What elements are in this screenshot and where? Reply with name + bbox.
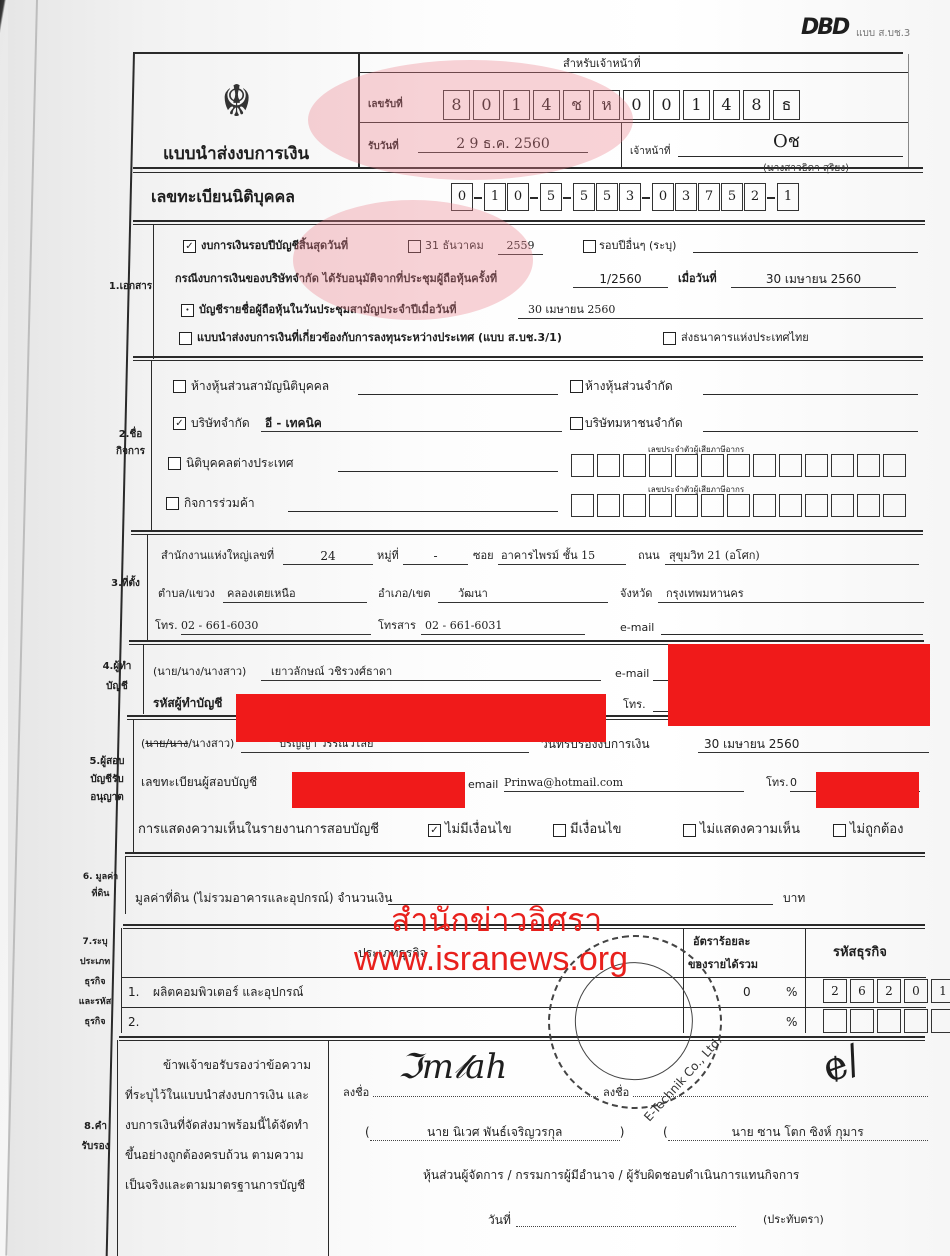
opinion-checkbox[interactable]: ✓ [428,824,441,837]
section7-label-line: ธุรกิจ [71,972,119,992]
dbd-logo: DBD [801,20,848,36]
tel: 02 - 661-6030 [181,618,371,635]
signer-role: หุ้นส่วนผู้จัดการ / กรรมการผู้มีอำนาจ / … [423,1167,799,1183]
document-page: DBD แบบ ส.บช.3 ☬ แบบนำส่งงบการเงิน สำหรั… [8,0,950,1256]
tax-id-digit-box[interactable] [597,494,620,517]
cert-date: 30 เมษายน 2560 [698,736,929,753]
watermark-line1: สำนักข่าวอิศรา [391,895,602,946]
tax-id-digit-box[interactable] [805,454,828,477]
business-code-box[interactable]: 6 [850,979,874,1003]
district-label: อำเภอ/เขต [378,586,431,602]
redaction-accountant-code [236,694,606,742]
col-pct-header-1: อัตราร้อยละ [693,934,750,950]
tax-id-digit-box[interactable] [779,454,802,477]
tax-id-digit-box[interactable] [675,494,698,517]
date-label: วันที่ [488,1212,511,1228]
company-limited-checkbox[interactable]: ✓ [173,417,186,430]
signer1-paren: (นาย นิเวศ พันธ์เจริญวรกุล) [365,1124,624,1141]
intl-checkbox[interactable] [179,332,192,345]
officer-label: เจ้าหน้าที่ [630,144,671,160]
foreign-entity-checkbox[interactable] [168,457,181,470]
hq-no-label: สำนักงานแห่งใหญ่เลขที่ [161,548,274,564]
registration-digit-box: 0 [507,183,529,211]
public-company-label: บริษัทมหาชนจำกัด [585,415,683,431]
sign-label-1: ลงชื่อ [343,1085,369,1101]
section4-label-2: บัญชี [93,677,141,697]
joint-venture-label: กิจการร่วมค้า [184,495,255,511]
cpa-no-label: เลขทะเบียนผู้สอบบัญชี [141,774,257,790]
section7-label-line: และรหัส [71,992,119,1012]
section8-label-2: รับรอง [73,1137,118,1157]
statement-line: ที่ระบุไว้ในแบบนำส่งงบการเงิน และ [125,1087,309,1103]
road-label: ถนน [638,548,660,564]
officer-name: (นางสาวธิดา สุริยง) [763,161,849,177]
page-edge [5,0,38,1256]
opinion-label-item: มีเงื่อนไข [570,822,621,838]
tax-id-digit-box[interactable] [727,454,750,477]
tax-id-digit-box[interactable] [883,454,906,477]
bot-label: ส่งธนาคารแห่งประเทศไทย [681,330,809,346]
tax-id-digit-box[interactable] [649,494,672,517]
registration-digit-box: 1 [484,183,506,211]
ordinary-partnership-checkbox[interactable] [173,380,186,393]
business-code-box[interactable] [877,1009,901,1033]
accountant-email-label: e-mail [615,666,649,682]
tax-id-digit-box[interactable] [805,494,828,517]
auditor-title: (นาย/นาง/นางสาว) [141,736,234,752]
opinion-checkbox[interactable] [553,824,566,837]
subdistrict: คลองเตยเหนือ [223,586,367,603]
business-code-box[interactable] [904,1009,928,1033]
form-code: แบบ ส.บช.3 [856,26,910,42]
section5-label-1: 5.ผู้สอบ [83,752,131,772]
approval-meeting-no: 1/2560 [573,271,668,288]
officer-signature: Oช [773,134,800,150]
row-percent-sign: % [786,1014,797,1030]
signature-1: ℑm𝓁ah [398,1047,507,1087]
land-value-text: มูลค่าที่ดิน (ไม่รวมอาคารและอุปกรณ์) จำน… [135,890,392,906]
tax-id-digit-box[interactable] [857,454,880,477]
auditor-email: Prinwa@hotmail.com [504,775,744,792]
tax-id-digit-box[interactable] [701,494,724,517]
opinion-label-item: ไม่แสดงความเห็น [700,822,800,838]
registration-label: เลขทะเบียนนิติบุคคล [151,187,295,207]
tax-id-digit-box[interactable] [597,454,620,477]
joint-venture-checkbox[interactable] [166,497,179,510]
redaction-cpa-no [292,772,465,808]
public-company-checkbox[interactable] [570,417,583,430]
row-number: 1. [128,984,139,1000]
province-label: จังหวัด [620,586,652,602]
registration-digit-box: 3 [675,183,697,211]
section1-label: 1.เอกสาร [108,277,153,297]
tax-id-digit-box[interactable] [883,494,906,517]
subdistrict-label: ตำบล/แขวง [158,586,215,602]
accountant-name: เยาวลักษณ์ วชิรวงศ์ธาดา [261,664,601,681]
business-code-box[interactable]: 2 [877,979,901,1003]
registration-digit-box: 5 [540,183,562,211]
fs-checkbox[interactable]: ✓ [183,240,196,253]
district: วัฒนา [438,586,608,603]
tax-id-digit-box[interactable] [857,494,880,517]
soi: อาคารไพรม์ ชั้น 15 [498,548,626,565]
registration-digit-box: 1 [777,183,799,211]
ordinary-partnership-label: ห้างหุ้นส่วนสามัญนิติบุคคล [191,378,329,394]
tax-id-digit-box[interactable] [571,454,594,477]
date-field[interactable] [516,1212,736,1227]
moo: - [403,548,468,565]
garuda-emblem-icon: ☬ [221,77,252,127]
company-limited-label: บริษัทจำกัด [191,415,250,431]
fax-label: โทรสาร [378,618,416,634]
company-name: อี - เทคนิค [261,415,562,432]
section4-label-1: 4.ผู้ทำ [93,657,141,677]
business-code-box[interactable] [823,1009,847,1033]
hq-no: 24 [283,548,373,565]
tax-id-digit-box[interactable] [675,454,698,477]
tax-id-digit-box[interactable] [649,454,672,477]
seal-label: (ประทับตรา) [763,1212,824,1228]
shareholder-list-date: 30 เมษายน 2560 [518,302,923,319]
opinion-label-item: ไม่มีเงื่อนไข [445,822,512,838]
receipt-digit-box: 0 [653,90,680,120]
accountant-tel-label: โทร. [623,697,646,713]
tax-id-digit-box[interactable] [571,494,594,517]
opinion-checkbox[interactable] [683,824,696,837]
statement-line: ขึ้นอย่างถูกต้องครบถ้วน ตามความ [125,1147,304,1163]
business-code-box[interactable]: 2 [823,979,847,1003]
tax-id-digit-box[interactable] [779,494,802,517]
business-code-box[interactable] [931,1009,950,1033]
bot-checkbox[interactable] [663,332,676,345]
limited-partnership-checkbox[interactable] [570,380,583,393]
signer1-name: นาย นิเวศ พันธ์เจริญวรกุล [370,1124,620,1141]
statement-line: ข้าพเจ้าขอรับรองว่าข้อความ [163,1057,311,1073]
opinion-label-item: ไม่ถูกต้อง [850,822,903,838]
section7-label-line: ประเภท [71,952,119,972]
tax-id-digit-box[interactable] [727,494,750,517]
col-code-header: รหัสธุรกิจ [833,945,887,961]
auditor-tel-label: โทร. [766,775,789,791]
tel-label: โทร. [155,618,178,634]
registration-digit-box: 5 [721,183,743,211]
redaction-accountant-contact [668,644,930,726]
other-period-label: รอบปีอื่นๆ (ระบุ) [599,238,676,254]
auditor-title-struck: นาย/นาง [145,737,188,750]
statement-line: เป็นจริงและตามมาตรฐานการบัญชี [125,1177,305,1193]
opinion-checkbox[interactable] [833,824,846,837]
shareholder-list-checkbox[interactable]: • [181,304,194,317]
approval-date: 30 เมษายน 2560 [731,271,896,288]
row-percent: 0 [743,984,751,1000]
tax-id-digit-box[interactable] [831,454,854,477]
business-code-box[interactable]: 1 [931,979,950,1003]
row-percent-sign: % [786,984,797,1000]
section5-label-2: บัญชีรับ [83,770,131,790]
intl-label: แบบนำส่งงบการเงินที่เกี่ยวข้องกับการลงทุ… [197,330,562,346]
accountant-code-label: รหัสผู้ทำบัญชี [153,695,222,711]
watermark-line2: www.isranews.org [354,940,628,979]
land-value-unit: บาท [783,890,805,906]
tax-id-digit-box[interactable] [753,494,776,517]
row-business-type: ผลิตคอมพิวเตอร์ และอุปกรณ์ [153,984,304,1000]
section2-label-2: กิจการ [108,442,153,462]
opinion-label: การแสดงความเห็นในรายงานการสอบบัญชี [138,822,379,838]
receipt-digit-box: ธ [773,90,800,120]
section6-label-2: ที่ดิน [78,884,123,904]
accountant-title-label: (นาย/นาง/นางสาว) [153,664,246,680]
redaction-auditor-tel [816,772,919,808]
officer-section-title: สำหรับเจ้าหน้าที่ [563,56,641,72]
approval-date-label: เมื่อวันที่ [678,271,717,287]
highlight-receipt [308,60,633,180]
registration-digit-box: 0 [652,183,674,211]
moo-label: หมู่ที่ [377,548,399,564]
form-title: แบบนำส่งงบการเงิน [163,144,309,164]
registration-digit-box: 5 [573,183,595,211]
auditor-title-kept: /นางสาว) [188,737,234,750]
section7-label-line: 7.ระบุ [71,932,119,952]
receipt-digit-box: 4 [713,90,740,120]
email-label: e-mail [620,620,654,636]
tax-id-digit-box[interactable] [623,454,646,477]
registration-digit-box: 7 [698,183,720,211]
statement-line: งบการเงินที่จัดส่งมาพร้อมนี้ได้จัดทำ [125,1117,309,1133]
auditor-email-label: email [468,777,498,793]
tax-id-digit-box[interactable] [623,494,646,517]
foreign-entity-label: นิติบุคคลต่างประเทศ [186,455,294,471]
tax-id-digit-box[interactable] [831,494,854,517]
signer2-name: นาย ซาน โตก ซิงห์ กุมาร [668,1124,928,1141]
business-code-box[interactable]: 0 [904,979,928,1003]
soi-label: ซอย [473,548,494,564]
section5-label-3: อนุญาต [83,788,131,808]
other-period-checkbox[interactable] [583,240,596,253]
registration-digit-box: 3 [619,183,641,211]
tax-id-digit-box[interactable] [753,454,776,477]
section3-label: 3.ที่ตั้ง [103,574,148,594]
section7-label-line: ธุรกิจ [71,1012,119,1032]
row-number: 2. [128,1014,139,1030]
signer2-paren: (นาย ซาน โตก ซิงห์ กุมาร [663,1124,928,1141]
limited-partnership-label: ห้างหุ้นส่วนจำกัด [585,378,673,394]
section8-label-1: 8.คำ [73,1117,118,1137]
business-code-box[interactable] [850,1009,874,1033]
registration-digit-box: 2 [744,183,766,211]
province: กรุงเทพมหานคร [658,586,924,603]
road: สุขุมวิท 21 (อโศก) [665,548,919,565]
registration-digit-box: 5 [596,183,618,211]
fax: 02 - 661-6031 [421,618,585,635]
tax-id-digit-box[interactable] [701,454,724,477]
receipt-digit-box: 1 [683,90,710,120]
highlight-approval [293,200,533,320]
receipt-digit-box: 8 [743,90,770,120]
